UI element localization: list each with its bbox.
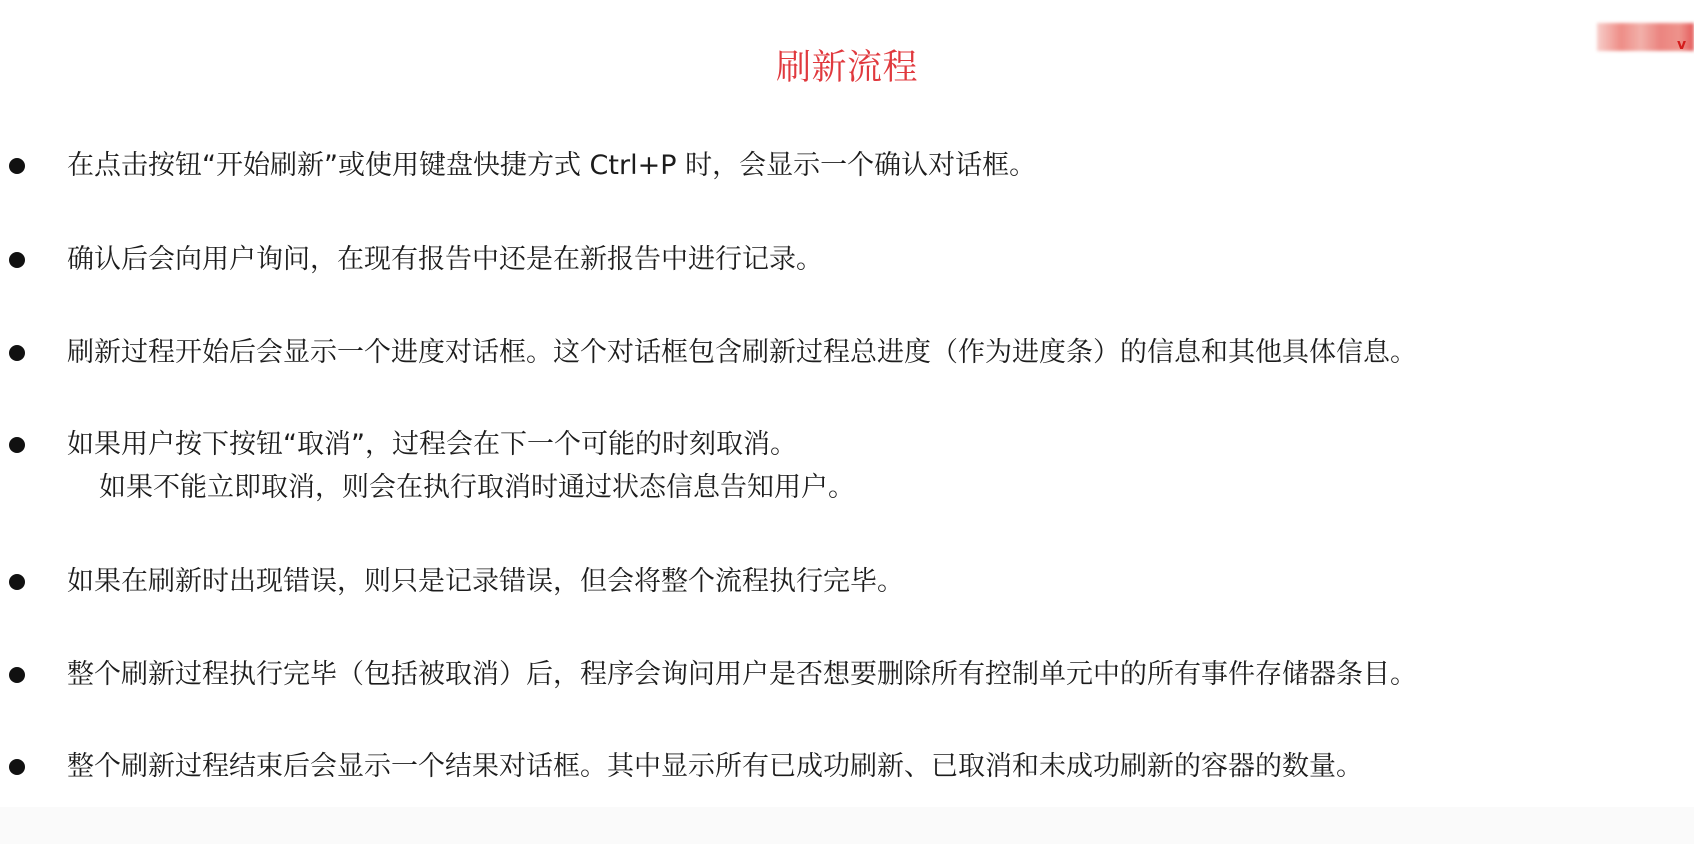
bullet-dot-icon bbox=[9, 345, 25, 361]
bullet-text: 整个刷新过程执行完毕（包括被取消）后，程序会询问用户是否想要删除所有控制单元中的… bbox=[67, 655, 1417, 695]
bottom-band bbox=[0, 807, 1694, 844]
bullet-dot-icon bbox=[9, 574, 25, 590]
bullet-dot-icon bbox=[9, 667, 25, 683]
bullet-text: 整个刷新过程结束后会显示一个结果对话框。其中显示所有已成功刷新、已取消和未成功刷… bbox=[67, 747, 1363, 787]
bullet-dot-icon bbox=[9, 158, 25, 174]
bullet-text: 确认后会向用户询问，在现有报告中还是在新报告中进行记录。 bbox=[67, 240, 823, 280]
slide-title: 刷新流程 bbox=[0, 44, 1694, 92]
slide: v 刷新流程 在点击按钮“开始刷新”或使用键盘快捷方式 Ctrl+P 时，会显示… bbox=[0, 0, 1694, 844]
bullet-dot-icon bbox=[9, 437, 25, 453]
bullet-dot-icon bbox=[9, 252, 25, 268]
bullet-text: 在点击按钮“开始刷新”或使用键盘快捷方式 Ctrl+P 时，会显示一个确认对话框… bbox=[67, 146, 1036, 186]
bullet-text: 如果用户按下按钮“取消”，过程会在下一个可能的时刻取消。 bbox=[67, 425, 797, 465]
bullet-text: 刷新过程开始后会显示一个进度对话框。这个对话框包含刷新过程总进度（作为进度条）的… bbox=[67, 333, 1417, 373]
bullet-text: 如果在刷新时出现错误，则只是记录错误，但会将整个流程执行完毕。 bbox=[67, 562, 904, 602]
bullet-text-continuation: 如果不能立即取消，则会在执行取消时通过状态信息告知用户。 bbox=[99, 468, 855, 508]
bullet-dot-icon bbox=[9, 759, 25, 775]
